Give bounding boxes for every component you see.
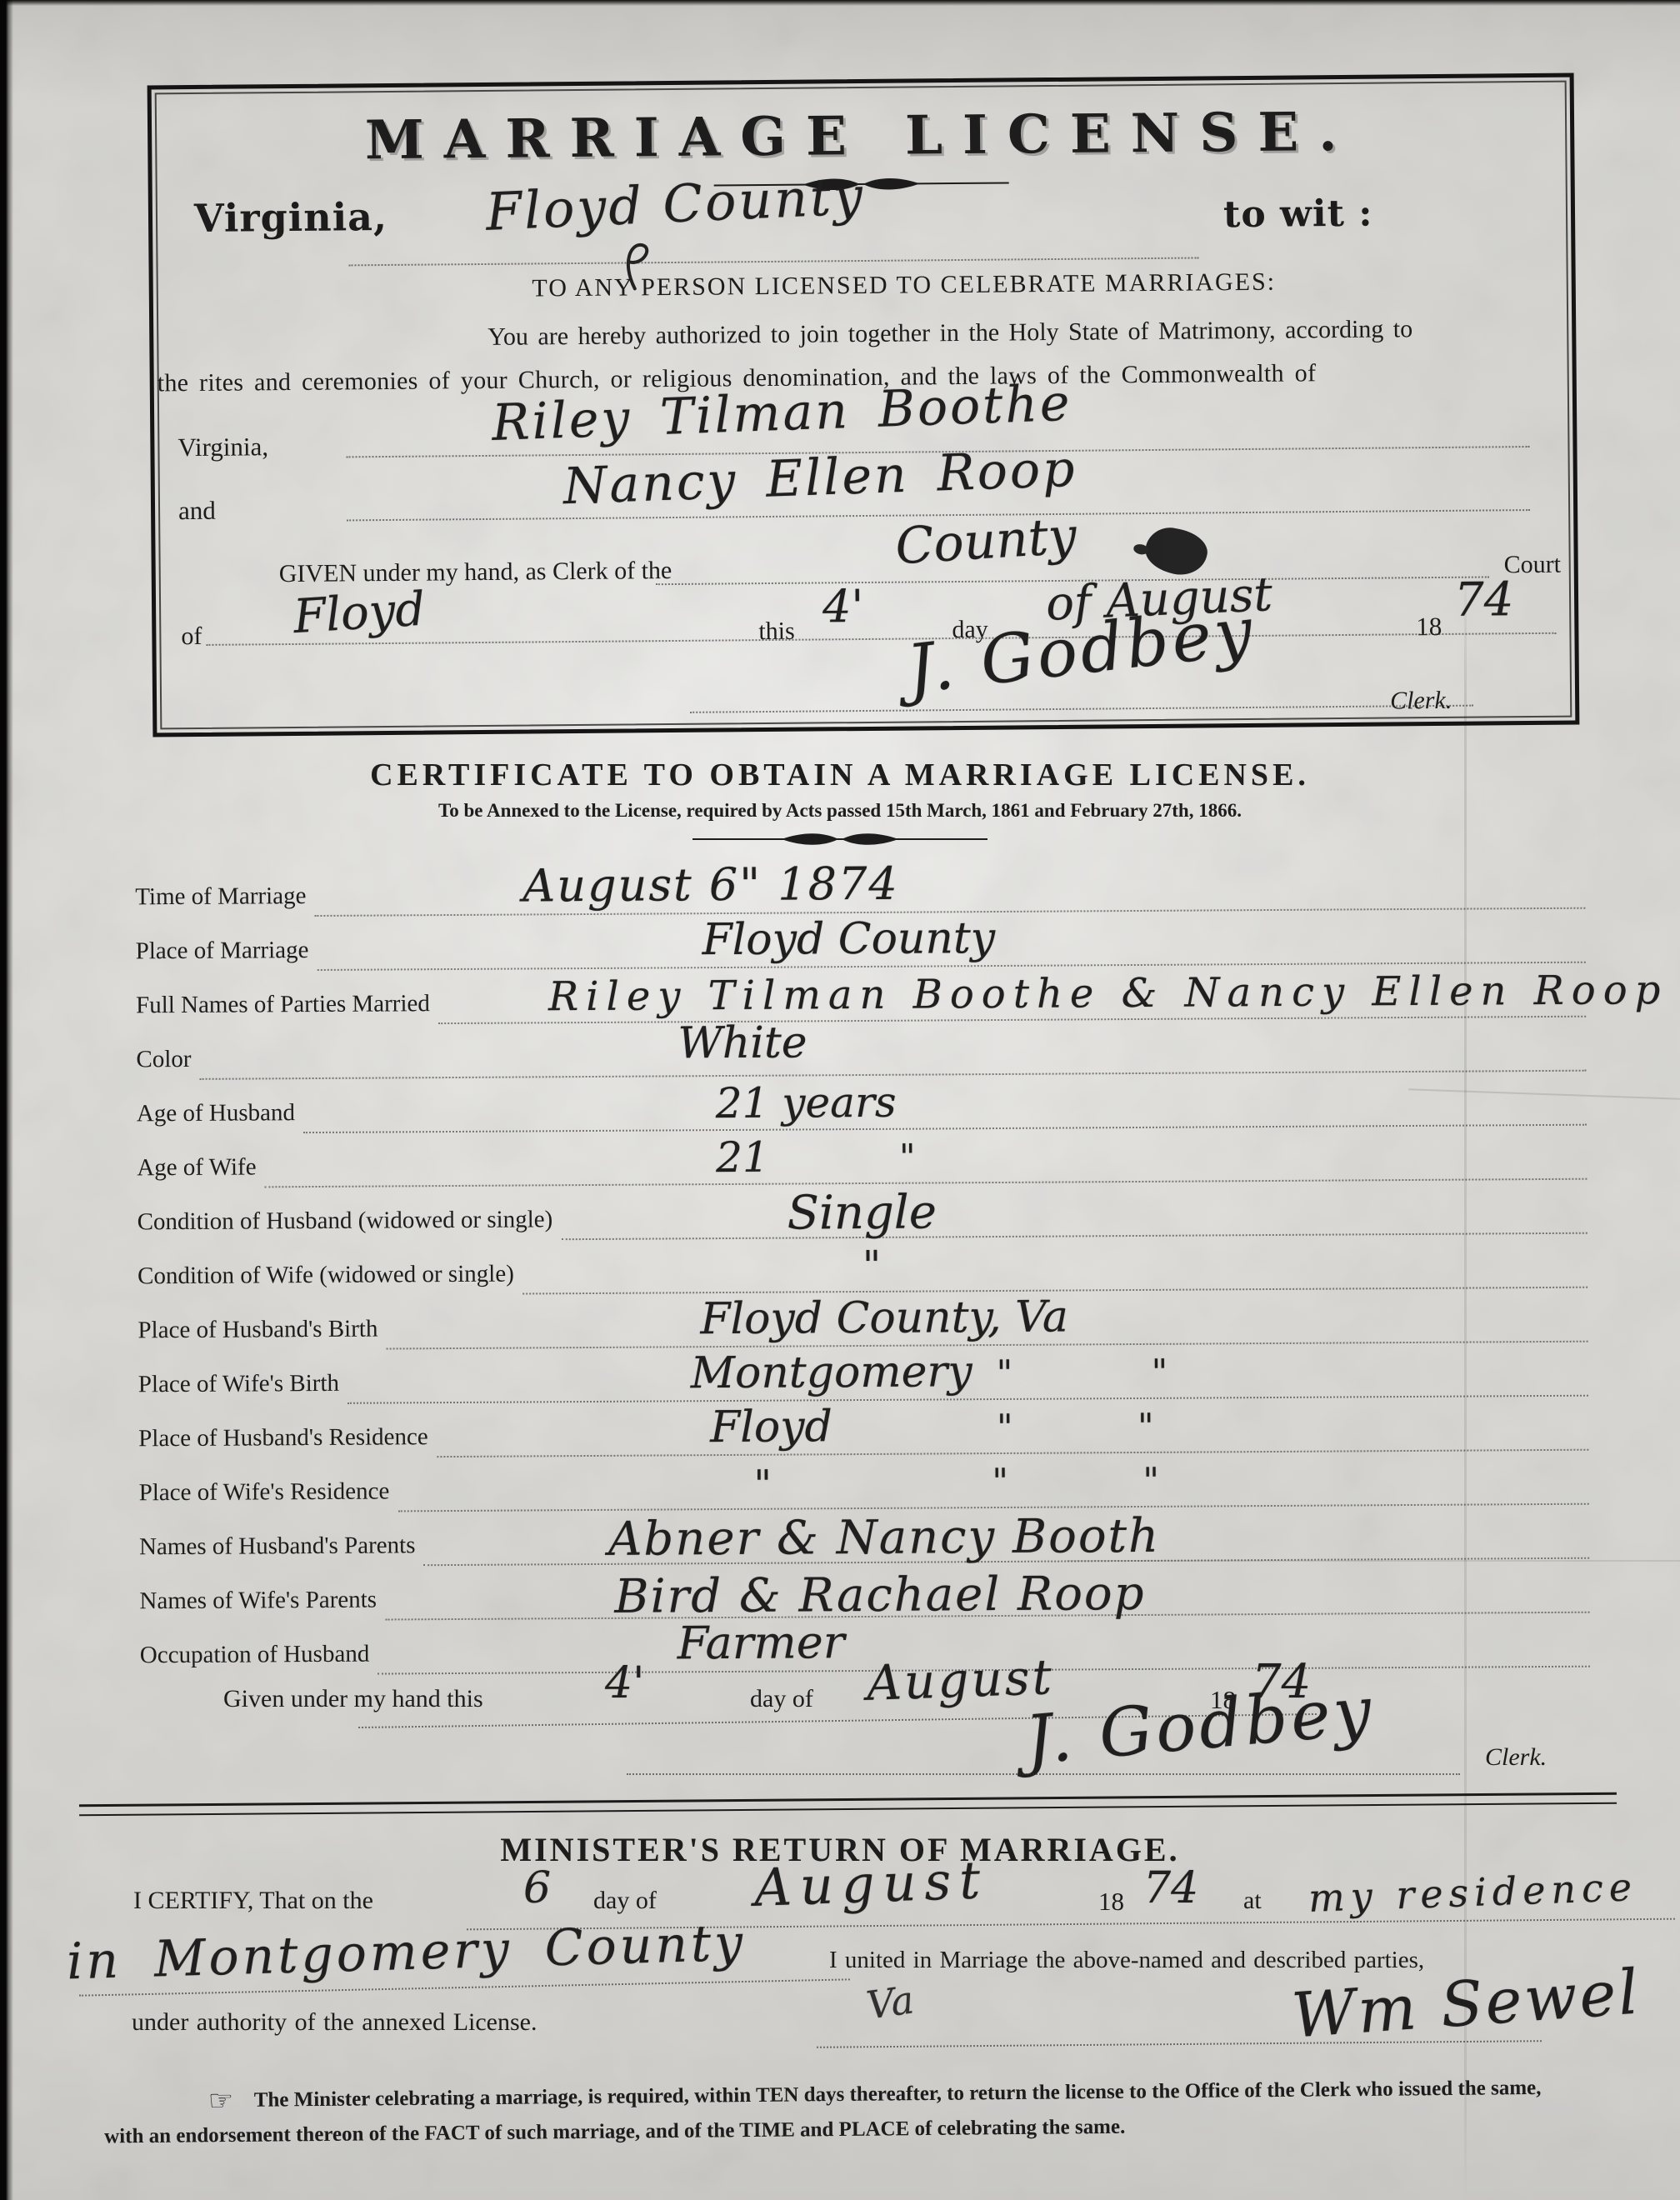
year-suffix-handwritten: 74 [1454, 572, 1514, 627]
certificate-fields: Time of Marriage August 6" 1874 Place of… [135, 855, 1590, 1677]
field-value-ditto: " [753, 1462, 772, 1507]
field-label: Place of Wife's Birth [138, 1370, 339, 1405]
field-label: Names of Wife's Parents [139, 1587, 377, 1622]
county-handwritten: Floyd County [485, 165, 867, 242]
ornament-divider-icon [686, 830, 994, 848]
field-label: Age of Wife [137, 1153, 256, 1188]
field-label: Names of Husband's Parents [139, 1532, 416, 1567]
field-value-ditto: " [1152, 1352, 1168, 1392]
field-value-handwritten: Floyd County, Va [700, 1292, 1068, 1344]
field-label: Condition of Wife (widowed or single) [137, 1261, 514, 1297]
to-wit-label: to wit : [1223, 192, 1373, 237]
given-clause: Given under my hand this [223, 1685, 483, 1713]
clerk-label: Clerk. [1390, 687, 1452, 716]
field-value-handwritten: Farmer [677, 1616, 845, 1669]
footnote-line-1: The Minister celebrating a marriage, is … [254, 2077, 1542, 2112]
residence-handwritten: my residence [1307, 1864, 1638, 1921]
field-label: Place of Marriage [136, 937, 309, 972]
field-value-handwritten: Montgomery [691, 1347, 972, 1398]
field-row: Place of Husband's Residence Floyd " " [138, 1397, 1588, 1460]
field-value-ditto: " [997, 1352, 1013, 1393]
clerk-label: Clerk. [1485, 1743, 1547, 1772]
certificate-subheading: To be Annexed to the License, required b… [0, 800, 1680, 822]
field-label: Age of Husband [137, 1099, 295, 1134]
field-label: Full Names of Parties Married [136, 990, 430, 1026]
state-label: Virginia, [194, 194, 387, 241]
field-row: Age of Husband 21 years [137, 1072, 1587, 1135]
location-note-handwritten: Va [864, 1977, 917, 2027]
field-value-handwritten: 21 [716, 1133, 769, 1182]
scan-edge-top [0, 0, 1680, 6]
virginia-label: Virginia, [177, 432, 268, 462]
authority-clause: under authority of the annexed License. [132, 2008, 537, 2037]
field-label: Place of Husband's Birth [137, 1316, 377, 1352]
field-value-handwritten: Riley Tilman Boothe & Nancy Ellen Roop [548, 967, 1668, 1020]
field-value-ditto: " [899, 1137, 916, 1177]
certify-clause: I CERTIFY, That on the [133, 1887, 373, 1915]
field-value-ditto: " [1142, 1460, 1159, 1501]
addressee-line: TO ANY PERSON LICENSED TO CELEBRATE MARR… [262, 266, 1547, 305]
field-value-handwritten: White [677, 1017, 807, 1068]
field-row: Condition of Wife (widowed or single) " [137, 1234, 1587, 1297]
section-divider-rule [79, 1792, 1617, 1816]
and-label: and [178, 496, 216, 526]
field-row: Names of Husband's Parents Abner & Nancy… [139, 1505, 1589, 1568]
scan-edge-left [0, 0, 13, 2200]
of-label: of [181, 622, 202, 651]
field-row: Place of Marriage Floyd County [135, 909, 1585, 972]
certify-line: I CERTIFY, That on the 6 day of August 1… [0, 1877, 1680, 1930]
day-handwritten: 4' [605, 1658, 644, 1708]
field-row: Place of Husband's Birth Floyd County, V… [137, 1288, 1587, 1352]
field-value-ditto: " [1137, 1406, 1154, 1447]
bride-name-handwritten: Nancy Ellen Roop [562, 440, 1078, 516]
field-row: Condition of Husband (widowed or single)… [137, 1180, 1587, 1243]
field-label: Occupation of Husband [140, 1641, 370, 1677]
year-suffix-handwritten: 74 [1143, 1863, 1198, 1913]
united-clause: I united in Marriage the above-named and… [829, 1947, 1424, 1974]
field-value-handwritten: Floyd County [702, 913, 995, 965]
field-label: Place of Husband's Residence [138, 1423, 428, 1459]
license-title: MARRIAGE LICENSE. [152, 99, 1571, 174]
field-row: Time of Marriage August 6" 1874 [135, 855, 1585, 918]
dotted-line [817, 2040, 1542, 2048]
authorization-line-1: You are hereby authorized to join togeth… [362, 314, 1538, 352]
field-row: Place of Wife's Residence " " " [138, 1451, 1588, 1514]
day-handwritten: 6 [523, 1863, 551, 1913]
at-label: at [1243, 1887, 1262, 1915]
field-value-ditto: " [997, 1407, 1013, 1447]
field-value-handwritten: August 6" 1874 [522, 857, 899, 912]
year-prefix: 18 [1416, 612, 1442, 642]
field-label: Time of Marriage [135, 882, 306, 917]
field-row: Full Names of Parties Married Riley Tilm… [136, 963, 1586, 1027]
field-value-ditto: " [992, 1461, 1008, 1502]
field-value-handwritten: Bird & Rachael Roop [614, 1567, 1145, 1624]
field-row: Age of Wife 21 " [137, 1126, 1587, 1189]
year-prefix: 18 [1098, 1887, 1124, 1917]
field-value-ditto: " [862, 1242, 881, 1289]
day-of-label: day of [593, 1887, 657, 1915]
field-label: Place of Wife's Residence [139, 1477, 390, 1513]
footnote: ☞ The Minister celebrating a marriage, i… [0, 2068, 1680, 2167]
day-handwritten: 4' [822, 580, 864, 632]
field-label: Condition of Husband (widowed or single) [137, 1206, 553, 1242]
certificate-given-line: Given under my hand this 4' day of Augus… [0, 1673, 1680, 1732]
field-value-handwritten: Floyd [710, 1402, 832, 1452]
field-value-handwritten: 21 years [716, 1078, 897, 1127]
license-border-box: MARRIAGE LICENSE. Virginia, Floyd County… [147, 73, 1580, 737]
court-type-handwritten: County [894, 507, 1078, 576]
this-label: this [758, 617, 795, 646]
county-short-handwritten: Floyd [292, 582, 427, 645]
dotted-line [627, 1773, 1460, 1775]
day-of-label: day of [750, 1685, 813, 1713]
field-label: Color [136, 1046, 191, 1080]
dotted-line [690, 705, 1473, 713]
field-row: Names of Wife's Parents Bird & Rachael R… [139, 1559, 1589, 1622]
dotted-line [349, 257, 1199, 266]
field-row: Occupation of Husband Farmer [140, 1613, 1590, 1677]
field-value-handwritten: Single [787, 1185, 937, 1240]
pointing-hand-icon: ☞ [208, 2084, 234, 2117]
given-clause: GIVEN under my hand, as Clerk of the [279, 557, 672, 588]
field-row: Place of Wife's Birth Montgomery " " [138, 1342, 1588, 1406]
footnote-line-2: with an endorsement thereon of the FACT … [104, 2116, 1125, 2149]
month-handwritten: August [753, 1849, 989, 1918]
certificate-heading: CERTIFICATE TO OBTAIN A MARRIAGE LICENSE… [0, 757, 1680, 793]
field-row: Color White [136, 1017, 1586, 1081]
scanned-marriage-license-document: { "license": { "title": "MARRIAGE LICENS… [0, 0, 1680, 2200]
field-value-handwritten: Abner & Nancy Booth [608, 1509, 1161, 1567]
